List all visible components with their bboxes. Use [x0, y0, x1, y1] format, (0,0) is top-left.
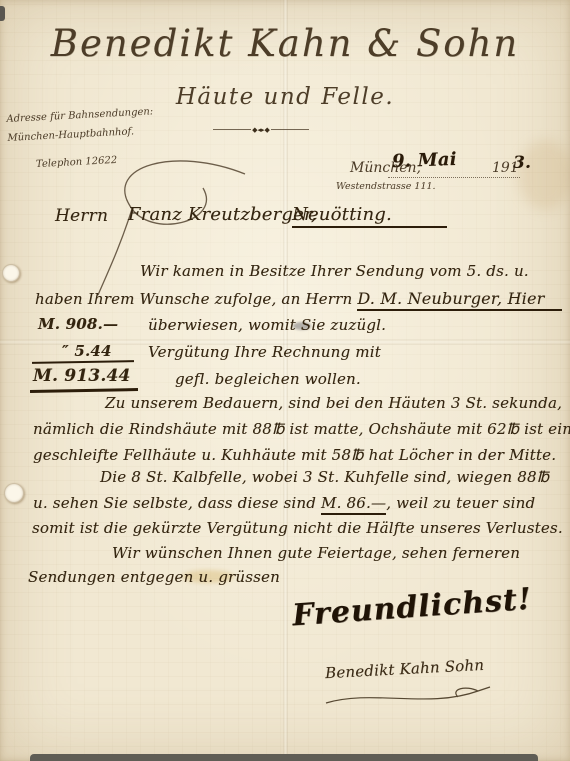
- sum-rule-bottom: [30, 388, 138, 392]
- valediction: Freundlichst!: [291, 582, 533, 634]
- closing-line: Sendungen entgegen u. grüssen: [28, 568, 280, 586]
- body-line: geschleifte Fellhäute u. Kuhhäute mit 58…: [33, 446, 556, 464]
- company-name: Benedikt Kahn & Sohn: [0, 22, 570, 65]
- body-line: Die 8 St. Kalbfelle, wobei 3 St. Kuhfell…: [100, 468, 549, 486]
- underlined-text: Neuötting.: [292, 204, 447, 228]
- amount-total: M. 913.44: [33, 366, 131, 386]
- text: , weil zu teuer sind: [386, 494, 535, 512]
- shipping-address-block: Adresse für Bahnsendungen: München-Haupt…: [6, 102, 155, 148]
- signature: Benedikt Kahn Sohn: [325, 656, 485, 682]
- body-line: überwiesen, womit Sie zuzügl.: [148, 316, 386, 334]
- body-line: Wir kamen in Besitze Ihrer Sendung vom 5…: [140, 262, 529, 280]
- recipient-name: Franz Kreutzberger,: [128, 204, 317, 225]
- body-line: Vergütung Ihre Rechnung mit: [148, 343, 381, 361]
- handwritten-date: 9. Mai: [392, 149, 457, 172]
- handwritten-year-digit: 3.: [513, 153, 531, 173]
- letter-scan: Benedikt Kahn & Sohn Häute und Felle. ◆◂…: [0, 0, 570, 761]
- recipient-city: Neuötting.: [292, 204, 447, 225]
- divider-ornament: ◆◂▸◆: [213, 129, 309, 130]
- closing-line: Wir wünschen Ihnen gute Feiertage, sehen…: [112, 544, 520, 562]
- signature-flourish: [318, 683, 493, 711]
- punch-hole-top: [2, 264, 20, 282]
- street-address: Westendstrasse 111.: [336, 181, 436, 192]
- sum-rule-top: [32, 360, 134, 364]
- amount-1: M. 908.—: [38, 315, 118, 333]
- body-line: nämlich die Rindshäute mit 88℔ ist matte…: [33, 420, 570, 438]
- body-line: haben Ihrem Wunsche zufolge, an Herrn D.…: [35, 289, 562, 308]
- scan-edge-bottom: [30, 754, 538, 761]
- date-dotted-line: [388, 177, 520, 178]
- body-line: gefl. begleichen wollen.: [175, 370, 361, 388]
- text: u. sehen Sie selbste, dass diese sind: [33, 494, 316, 512]
- recipient-prefix: Herrn: [55, 206, 108, 226]
- amount-2: ″ 5.44: [62, 342, 112, 360]
- body-line: u. sehen Sie selbste, dass diese sind M.…: [33, 494, 535, 512]
- text: haben Ihrem Wunsche zufolge, an Herrn: [35, 290, 352, 308]
- paper-stain: [518, 140, 570, 210]
- body-line: Zu unserem Bedauern, sind bei den Häuten…: [105, 394, 562, 412]
- punch-hole-bottom: [4, 483, 24, 503]
- scan-edge-mark: [0, 6, 5, 21]
- underlined-text: D. M. Neuburger, Hier: [357, 289, 562, 311]
- underlined-text: M. 86.—: [321, 494, 386, 515]
- body-line: somit ist die gekürzte Vergütung nicht d…: [32, 519, 563, 537]
